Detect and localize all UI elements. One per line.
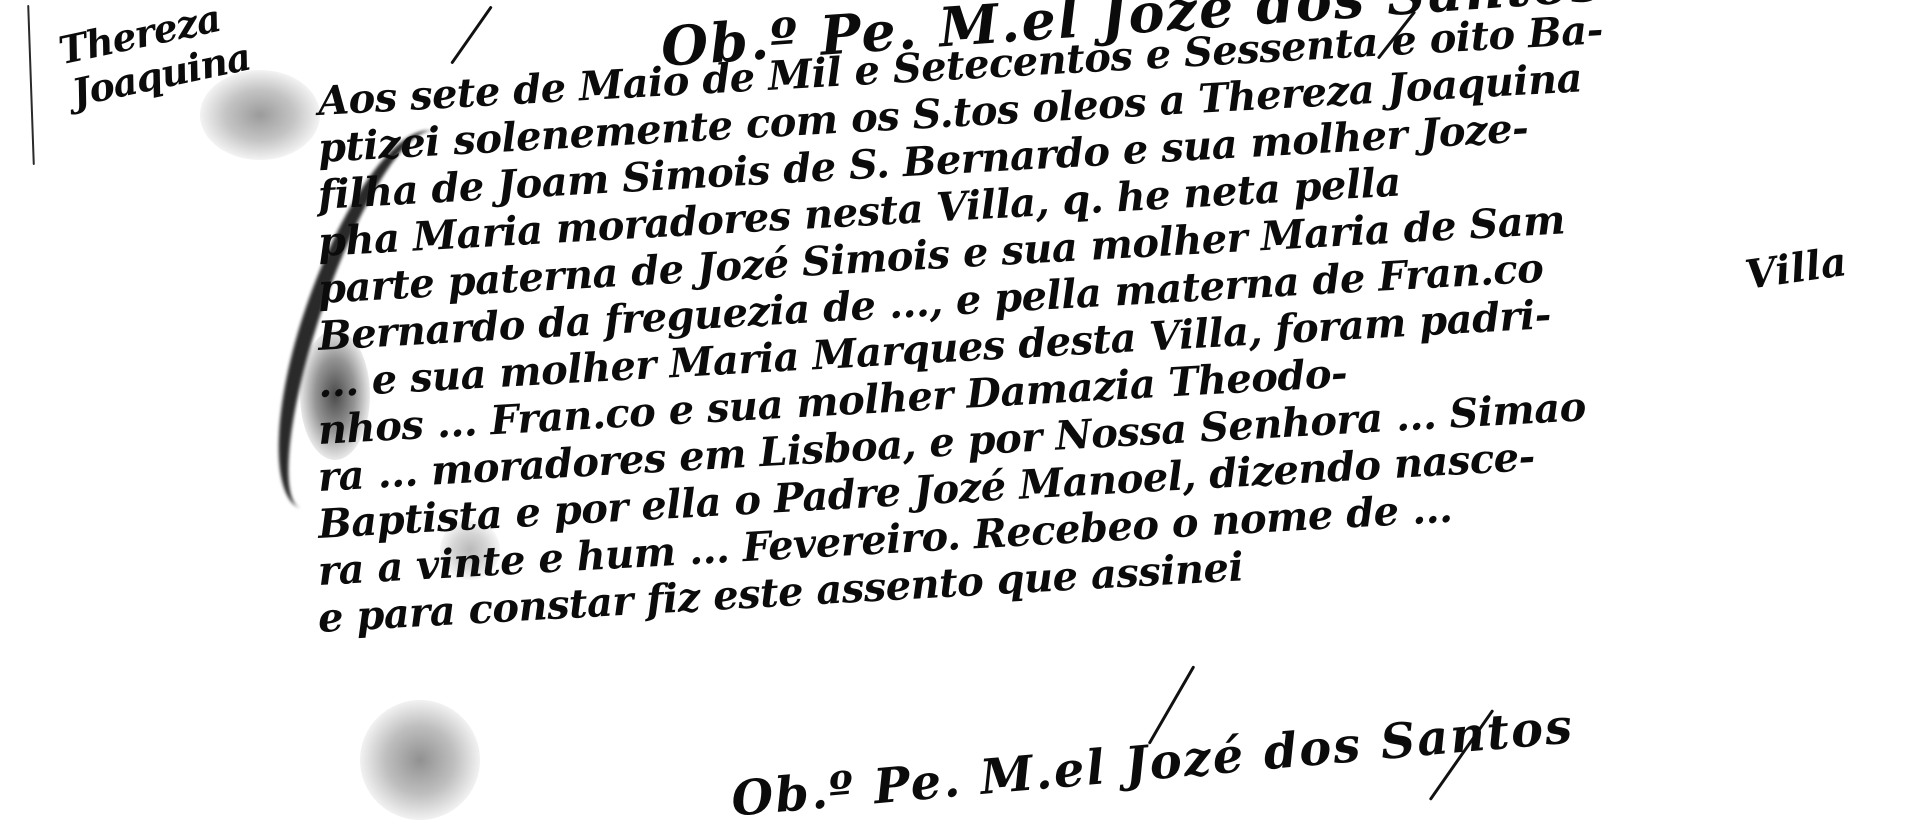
pen-stroke [450, 5, 493, 64]
blank-cropped-area [0, 165, 315, 835]
bottom-signature: Ob.º Pe. M.el Jozé dos Santos [729, 698, 1576, 827]
record-body: Aos sete de Maio de Mil e Setecentos e S… [318, 78, 1768, 642]
ink-smudge [200, 70, 320, 160]
margin-bracket [27, 5, 35, 165]
manuscript-page: Thereza Joaquina Ob.º Pe. M.el Jozé dos … [0, 0, 1920, 835]
ink-smudge [360, 700, 480, 820]
